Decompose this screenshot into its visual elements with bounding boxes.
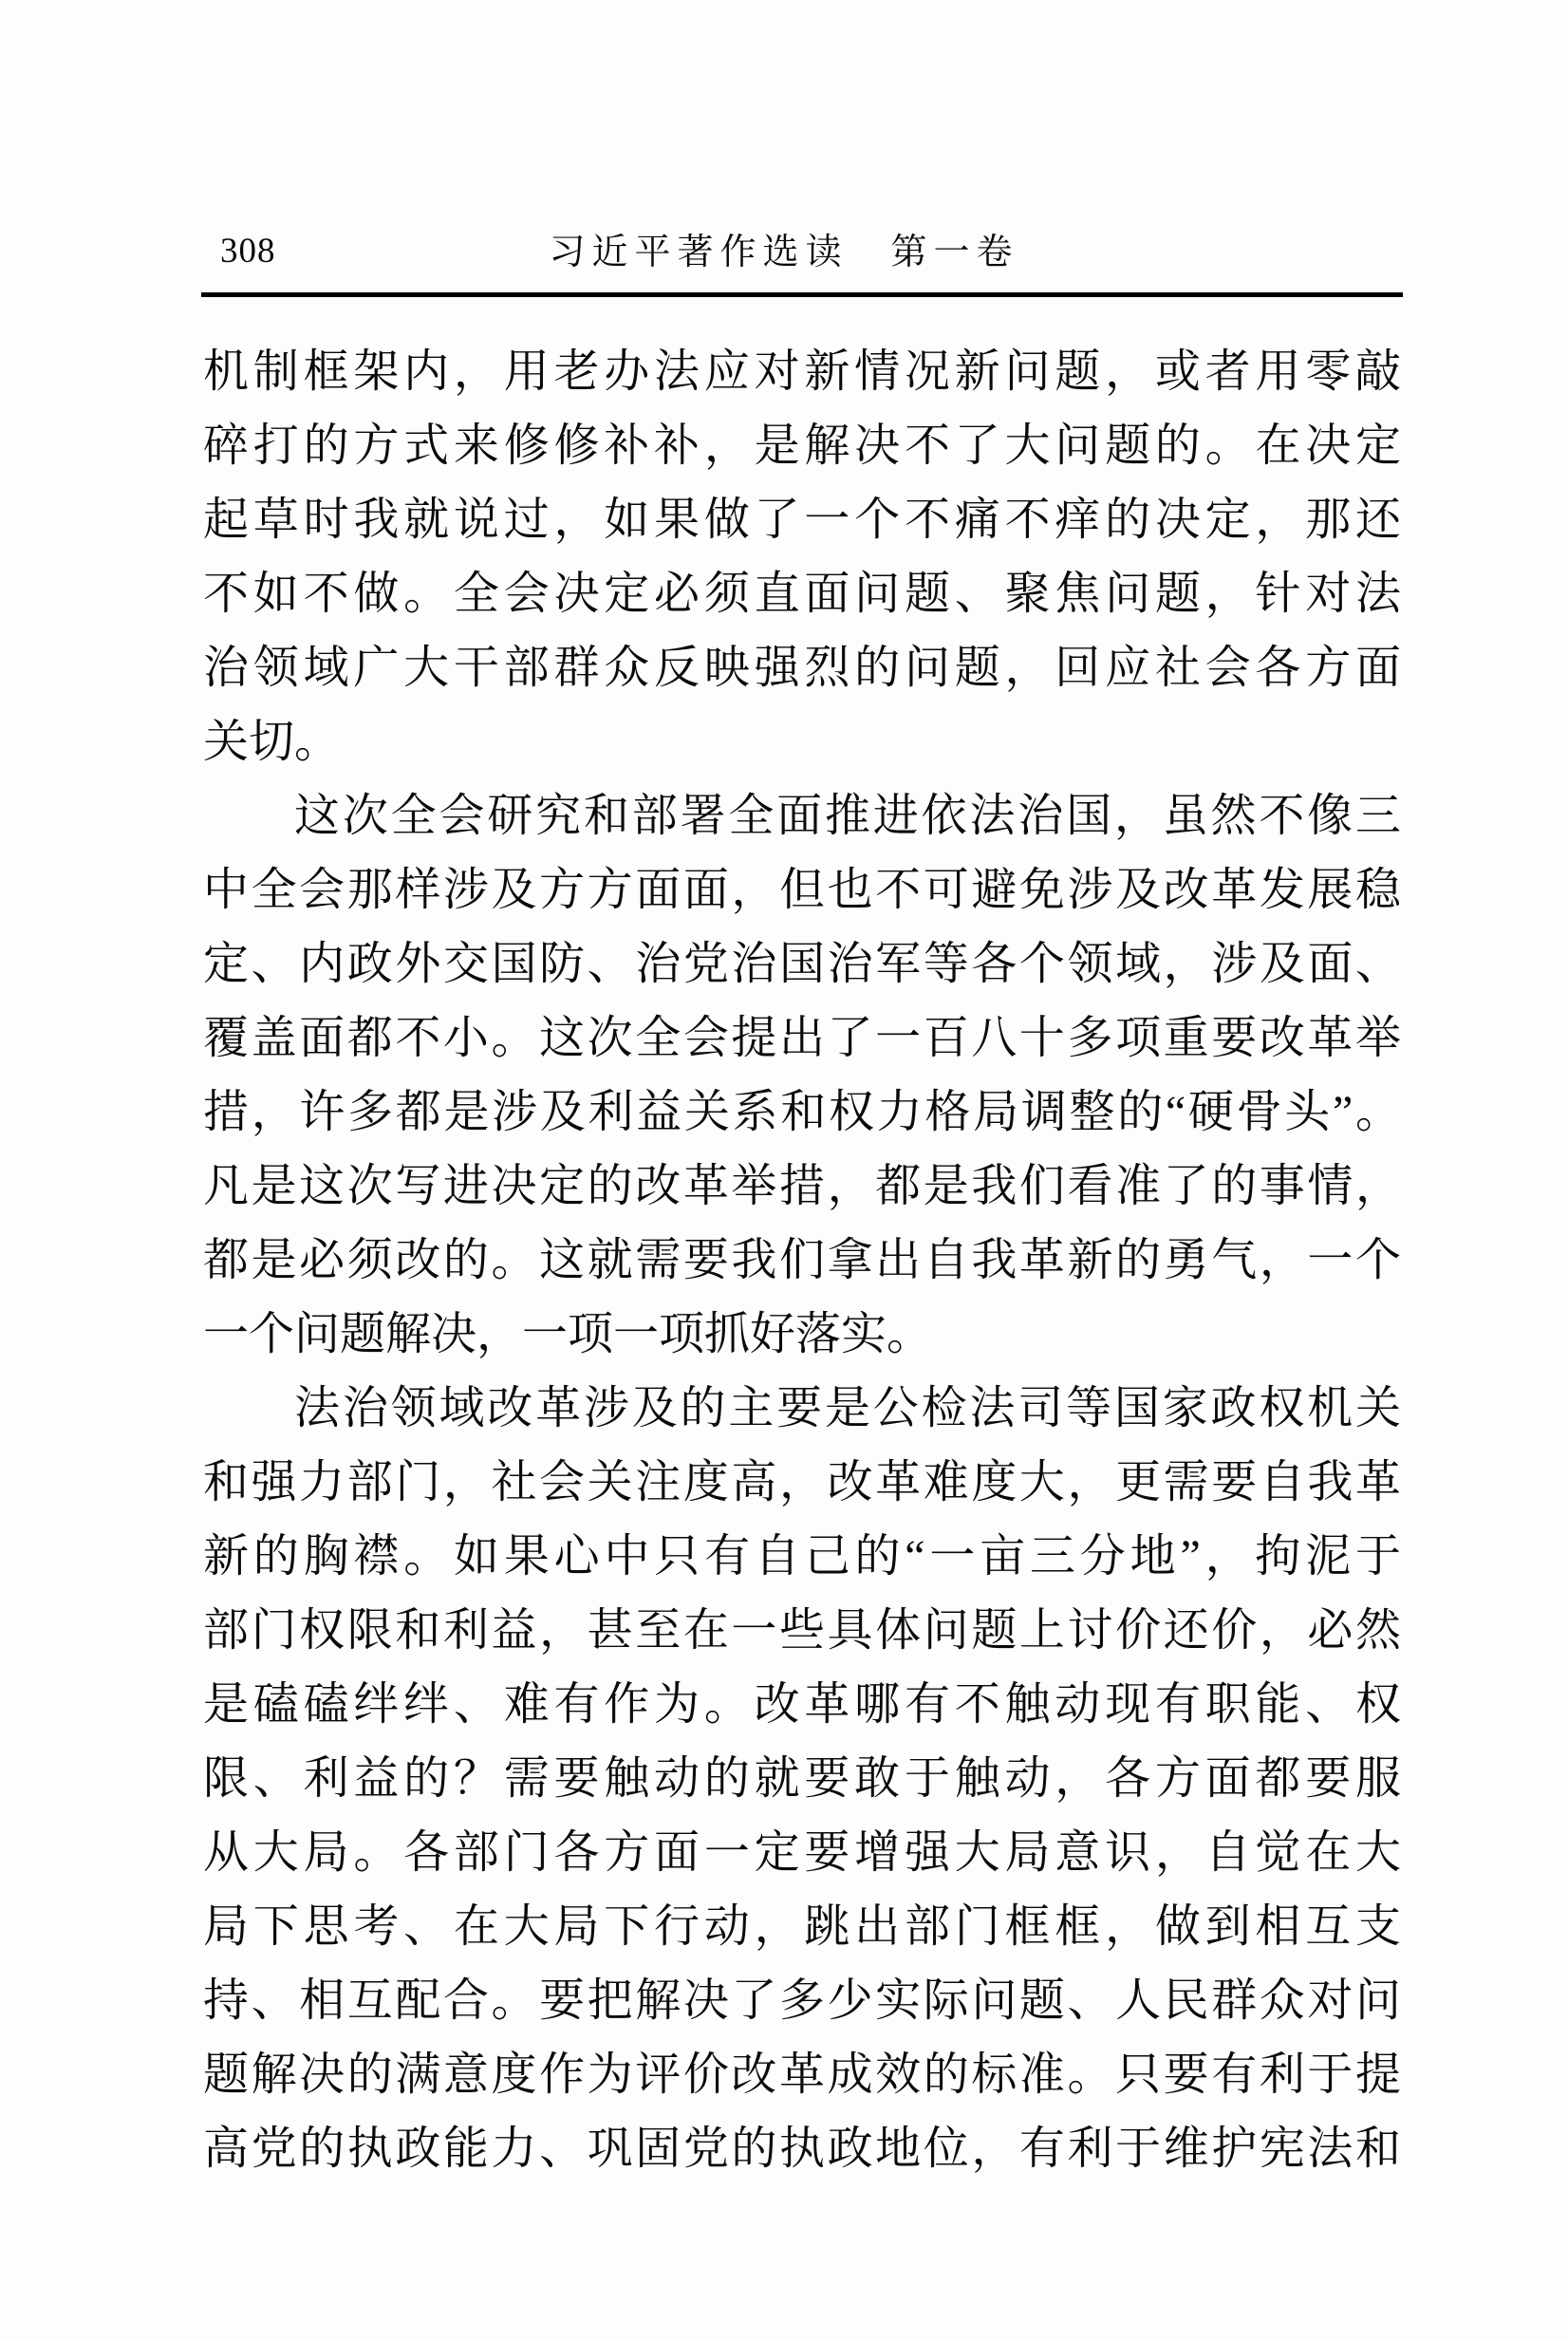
text-line: 新的胸襟。如果心中只有自己的“一亩三分地”，拘泥于	[203, 1520, 1401, 1594]
text-line: 措，许多都是涉及利益关系和权力格局调整的“硬骨头”。	[203, 1076, 1401, 1150]
text-column: 机制框架内，用老办法应对新情况新问题，或者用零敲 碎打的方式来修修补补，是解决不…	[203, 335, 1401, 2186]
text-line: 凡是这次写进决定的改革举措，都是我们看准了的事情，	[203, 1150, 1401, 1224]
text-line: 从大局。各部门各方面一定要增强大局意识，自觉在大	[203, 1816, 1401, 1890]
text-line: 是磕磕绊绊、难有作为。改革哪有不触动现有职能、权	[203, 1668, 1401, 1742]
text-line: 法治领域改革涉及的主要是公检法司等国家政权机关	[203, 1372, 1401, 1446]
text-line: 和强力部门，社会关注度高，改革难度大，更需要自我革	[203, 1446, 1401, 1520]
text-line: 局下思考、在大局下行动，跳出部门框框，做到相互支	[203, 1890, 1401, 1964]
text-line: 定、内政外交国防、治党治国治军等各个领域，涉及面、	[203, 927, 1401, 1002]
text-line: 这次全会研究和部署全面推进依法治国，虽然不像三	[203, 779, 1401, 853]
text-line: 题解决的满意度作为评价改革成效的标准。只要有利于提	[203, 2038, 1401, 2112]
text-line: 覆盖面都不小。这次全会提出了一百八十多项重要改革举	[203, 1002, 1401, 1076]
text-line: 关切。	[203, 705, 1401, 779]
text-line: 持、相互配合。要把解决了多少实际问题、人民群众对问	[203, 1964, 1401, 2038]
text-line: 一个问题解决，一项一项抓好落实。	[203, 1298, 1401, 1372]
text-line: 碎打的方式来修修补补，是解决不了大问题的。在决定	[203, 409, 1401, 483]
text-line: 限、利益的？需要触动的就要敢于触动，各方面都要服	[203, 1742, 1401, 1816]
text-line: 机制框架内，用老办法应对新情况新问题，或者用零敲	[203, 335, 1401, 409]
text-line: 都是必须改的。这就需要我们拿出自我革新的勇气，一个	[203, 1224, 1401, 1298]
text-line: 部门权限和利益，甚至在一些具体问题上讨价还价，必然	[203, 1594, 1401, 1668]
text-line: 不如不做。全会决定必须直面问题、聚焦问题，针对法	[203, 557, 1401, 631]
text-line: 高党的执政能力、巩固党的执政地位，有利于维护宪法和	[203, 2112, 1401, 2186]
header-rule	[201, 292, 1403, 297]
header-title: 习近平著作选读 第一卷	[0, 231, 1568, 274]
book-page: 308 习近平著作选读 第一卷 机制框架内，用老办法应对新情况新问题，或者用零敲…	[0, 0, 1568, 2340]
text-line: 中全会那样涉及方方面面，但也不可避免涉及改革发展稳	[203, 853, 1401, 927]
text-line: 起草时我就说过，如果做了一个不痛不痒的决定，那还	[203, 483, 1401, 557]
text-line: 治领域广大干部群众反映强烈的问题，回应社会各方面	[203, 631, 1401, 705]
